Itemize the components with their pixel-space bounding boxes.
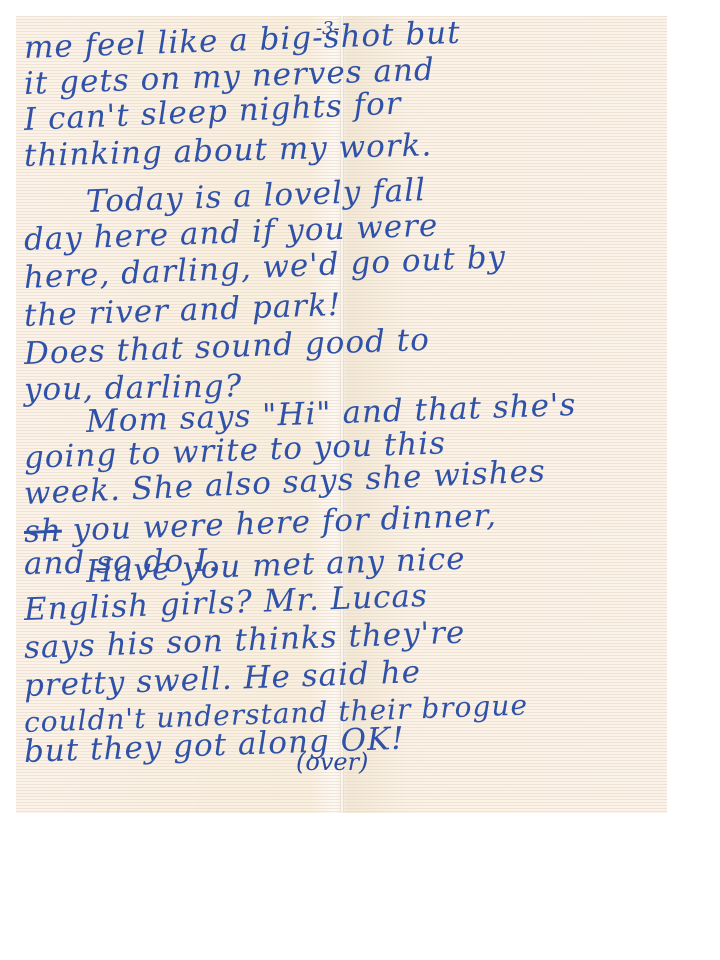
over-note: (over) [296,748,368,776]
letter-page: -3- me feel like a big-shot but it gets … [16,16,667,813]
struck-word: sh [23,513,62,550]
